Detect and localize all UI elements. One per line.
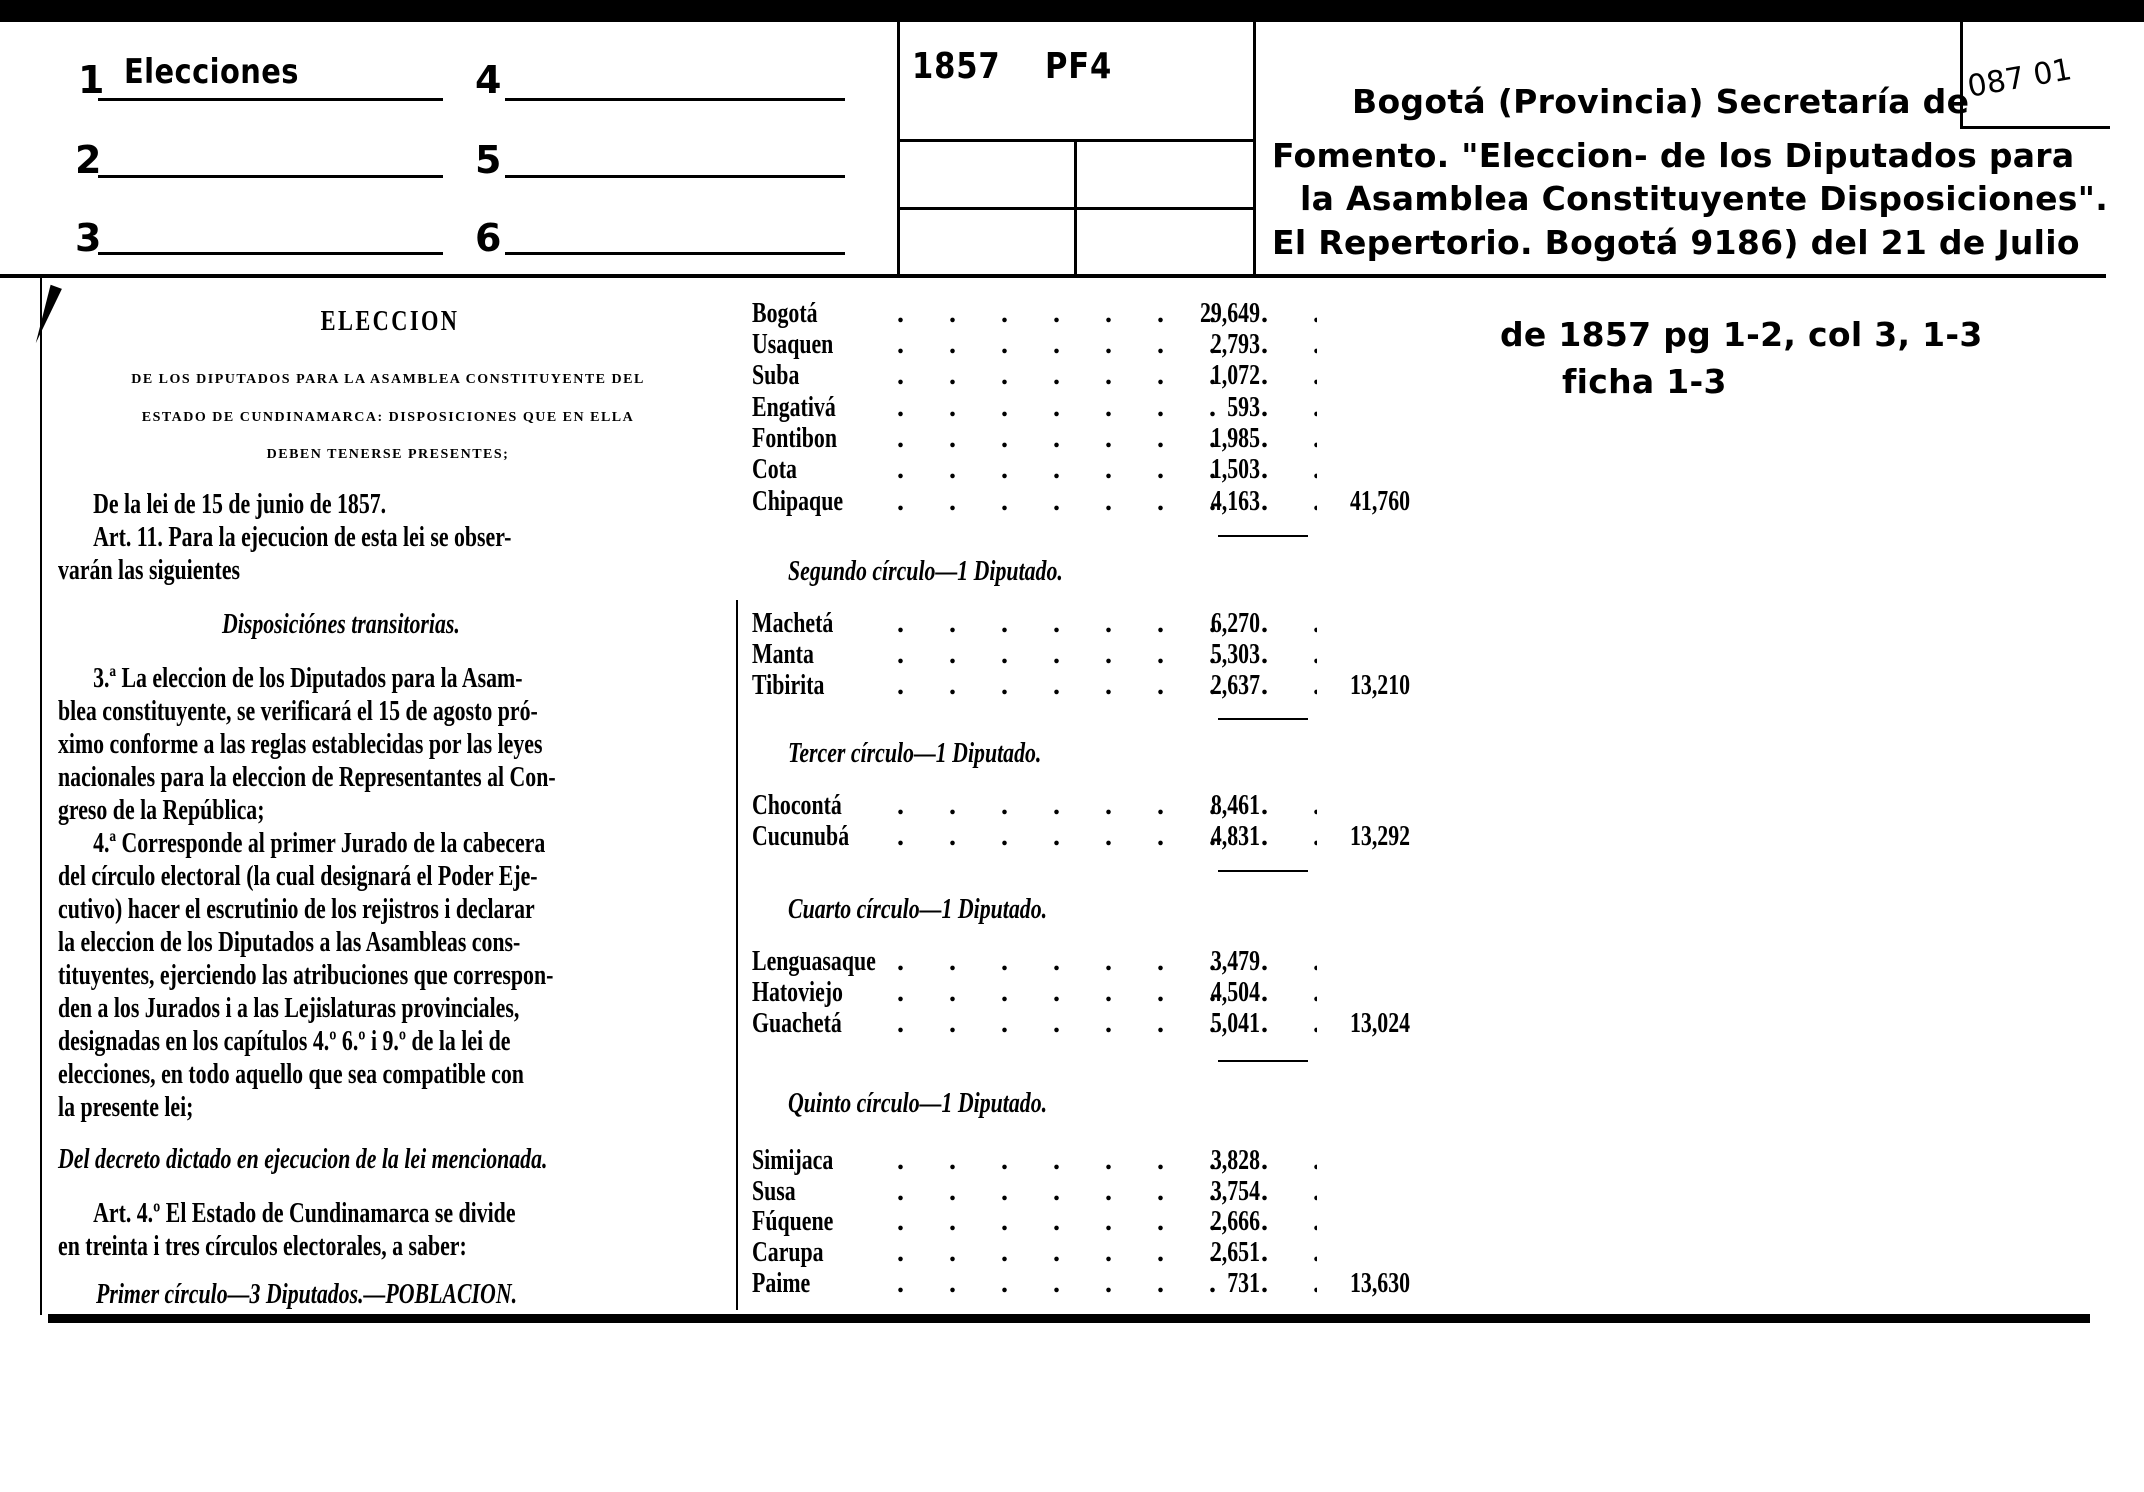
municipality-name: Machetá bbox=[752, 608, 833, 640]
article-4-line: en treinta i tres círculos electorales, … bbox=[58, 1230, 744, 1263]
reference-line-6: ficha 1-3 bbox=[1562, 362, 1727, 401]
handwritten-number: 087 01 bbox=[1965, 52, 2074, 105]
municipality-name: Lenguasaque bbox=[752, 946, 876, 978]
paragraph-4-line: 4.ª Corresponde al primer Jurado de la c… bbox=[58, 827, 744, 860]
circle-total: 13,292 bbox=[1350, 821, 1410, 853]
decree-heading: Del decreto dictado en ejecucion de la l… bbox=[58, 1143, 744, 1176]
paragraph-4-line: del círculo electoral (la cual designará… bbox=[58, 860, 744, 893]
municipality-name: Cucunubá bbox=[752, 821, 849, 853]
card-top-border bbox=[0, 0, 2144, 22]
clipping-title: ELECCION bbox=[110, 306, 670, 338]
field-6-line bbox=[505, 252, 845, 255]
subtotal-rule bbox=[1218, 718, 1308, 720]
population-value: 1,503 bbox=[1211, 454, 1260, 486]
paragraph-4-line: tituyentes, ejerciendo las atribuciones … bbox=[58, 959, 744, 992]
population-value: 593 bbox=[1227, 392, 1260, 424]
collection-code: PF4 bbox=[1045, 46, 1112, 87]
municipality-name: Cota bbox=[752, 454, 797, 486]
population-value: 3,479 bbox=[1211, 946, 1260, 978]
table-row: Cota . . . . . . . . . 1,503 bbox=[752, 454, 1452, 486]
municipality-name: Chocontá bbox=[752, 790, 842, 822]
paragraph-4-line: designadas en los capítulos 4.º 6.º i 9.… bbox=[58, 1025, 744, 1058]
population-value: 6,270 bbox=[1211, 608, 1260, 640]
table-row: Tibirita . . . . . . . . . 2,637 13,210 bbox=[752, 670, 1452, 702]
table-row: Simijaca . . . . . . . . . 3,828 bbox=[752, 1145, 1452, 1177]
table-row: Machetá . . . . . . . . . 6,270 bbox=[752, 608, 1452, 640]
population-value: 1,072 bbox=[1211, 360, 1260, 392]
paragraph-4-line: cutivo) hacer el escrutinio de los rejis… bbox=[58, 893, 744, 926]
circle-total: 41,760 bbox=[1350, 486, 1410, 518]
field-4-number: 4 bbox=[475, 58, 501, 102]
article-4-line: Art. 4.º El Estado de Cundinamarca se di… bbox=[58, 1197, 744, 1230]
population-value: 4,831 bbox=[1211, 821, 1260, 853]
first-circle-heading: Primer círculo—3 Diputados.—POBLACION. bbox=[96, 1278, 782, 1311]
table-row: Chocontá . . . . . . . . . 8,461 bbox=[752, 790, 1452, 822]
field-6-number: 6 bbox=[475, 216, 501, 260]
population-value: 1,985 bbox=[1211, 423, 1260, 455]
population-value: 2,666 bbox=[1211, 1206, 1260, 1238]
clipping-bottom-rule bbox=[48, 1314, 2090, 1323]
field-1-value[interactable]: Elecciones bbox=[124, 52, 299, 92]
clipping-subtitle-2: ESTADO DE CUNDINAMARCA: DISPOSICIONES QU… bbox=[38, 410, 738, 426]
population-value: 2,651 bbox=[1211, 1237, 1260, 1269]
municipality-name: Simijaca bbox=[752, 1145, 833, 1177]
field-3-line bbox=[98, 252, 443, 255]
table-row: Suba . . . . . . . . . 1,072 bbox=[752, 360, 1452, 392]
paragraph-3-line: 3.ª La eleccion de los Diputados para la… bbox=[58, 662, 744, 695]
reference-line-2: Fomento. "Eleccion- de los Diputados par… bbox=[1272, 136, 2074, 175]
municipality-name: Hatoviejo bbox=[752, 977, 843, 1009]
table-row: Cucunubá . . . . . . . . . 4,831 13,292 bbox=[752, 821, 1452, 853]
table-row: Carupa . . . . . . . . . 2,651 bbox=[752, 1237, 1452, 1269]
table-row: Hatoviejo . . . . . . . . . 4,504 bbox=[752, 977, 1452, 1009]
population-value: 5,041 bbox=[1211, 1008, 1260, 1040]
population-value: 3,828 bbox=[1211, 1145, 1260, 1177]
paragraph-3-line: greso de la República; bbox=[58, 794, 744, 827]
table-row: Fúquene . . . . . . . . . 2,666 bbox=[752, 1206, 1452, 1238]
municipality-name: Manta bbox=[752, 639, 814, 671]
field-5-number: 5 bbox=[475, 138, 501, 182]
municipality-name: Carupa bbox=[752, 1237, 824, 1269]
clipping-subtitle-1: DE LOS DIPUTADOS PARA LA ASAMBLEA CONSTI… bbox=[38, 372, 738, 388]
number-box-left-border bbox=[1960, 20, 1963, 128]
clipping-left-edge bbox=[40, 275, 42, 1315]
paragraph-4-line: elecciones, en todo aquello que sea comp… bbox=[58, 1058, 744, 1091]
municipality-name: Paime bbox=[752, 1268, 810, 1300]
reference-line-5: de 1857 pg 1-2, col 3, 1-3 bbox=[1500, 315, 1983, 354]
clipping-subtitle-3: DEBEN TENERSE PRESENTES; bbox=[38, 447, 738, 463]
circle-heading-text: Tercer círculo—1 Diputado. bbox=[788, 738, 1041, 769]
subtotal-rule bbox=[1218, 870, 1308, 872]
header-bottom-rule bbox=[0, 274, 2106, 278]
table-row: Usaquen . . . . . . . . . 2,793 bbox=[752, 329, 1452, 361]
code-box-divider bbox=[1074, 142, 1077, 275]
population-value: 2,793 bbox=[1211, 329, 1260, 361]
table-row: Bogotá . . . . . . . . . 29,649 bbox=[752, 298, 1452, 330]
subtotal-rule bbox=[1218, 1060, 1308, 1062]
intro-paragraph: De la lei de 15 de junio de 1857. Art. 1… bbox=[58, 488, 744, 587]
paragraph-3: 3.ª La eleccion de los Diputados para la… bbox=[58, 662, 744, 1124]
population-value: 4,163 bbox=[1211, 486, 1260, 518]
population-value: 4,504 bbox=[1211, 977, 1260, 1009]
population-value: 3,754 bbox=[1211, 1176, 1260, 1208]
population-value: 5,303 bbox=[1211, 639, 1260, 671]
number-box-bottom-border bbox=[1960, 126, 2110, 129]
table-row: Guachetá . . . . . . . . . 5,041 13,024 bbox=[752, 1008, 1452, 1040]
table-row: Engativá . . . . . . . . . 593 bbox=[752, 392, 1452, 424]
paragraph-3-line: blea constituyente, se verificará el 15 … bbox=[58, 695, 744, 728]
paragraph-4-line: la eleccion de los Diputados a las Asamb… bbox=[58, 926, 744, 959]
paragraph-4-line: la presente lei; bbox=[58, 1091, 744, 1124]
circle-heading-text: Quinto círculo—1 Diputado. bbox=[788, 1088, 1047, 1119]
reference-line-4: El Repertorio. Bogotá 9186) del 21 de Ju… bbox=[1272, 223, 2080, 262]
field-5-line bbox=[505, 175, 845, 178]
municipality-name: Guachetá bbox=[752, 1008, 842, 1040]
subtotal-rule bbox=[1218, 535, 1308, 537]
table-row: Manta . . . . . . . . . 5,303 bbox=[752, 639, 1452, 671]
field-4-line bbox=[505, 98, 845, 101]
municipality-name: Usaquen bbox=[752, 329, 833, 361]
population-value: 2,637 bbox=[1211, 670, 1260, 702]
municipality-name: Tibirita bbox=[752, 670, 824, 702]
intro-line: varán las siguientes bbox=[58, 554, 744, 587]
municipality-name: Suba bbox=[752, 360, 799, 392]
municipality-name: Engativá bbox=[752, 392, 836, 424]
field-1-number: 1 bbox=[78, 58, 104, 102]
municipality-name: Fontibon bbox=[752, 423, 837, 455]
circle-total: 13,210 bbox=[1350, 670, 1410, 702]
municipality-name: Bogotá bbox=[752, 298, 818, 330]
intro-line: Art. 11. Para la ejecucion de esta lei s… bbox=[58, 521, 744, 554]
population-value: 29,649 bbox=[1200, 298, 1260, 330]
table-row: Lenguasaque . . . . . . . . . 3,479 bbox=[752, 946, 1452, 978]
municipality-name: Fúquene bbox=[752, 1206, 833, 1238]
code-box-left-border bbox=[897, 20, 900, 276]
circle-heading-text: Cuarto círculo—1 Diputado. bbox=[788, 894, 1047, 925]
table-row: Fontibon . . . . . . . . . 1,985 bbox=[752, 423, 1452, 455]
intro-line: De la lei de 15 de junio de 1857. bbox=[58, 488, 744, 521]
table-row: Paime . . . . . . . . . 731 13,630 bbox=[752, 1268, 1452, 1300]
pencil-check-mark bbox=[30, 285, 62, 345]
paragraph-4-line: den a los Jurados i a las Lejislaturas p… bbox=[58, 992, 744, 1025]
circle-heading-3: Tercer círculo—1 Diputado. bbox=[788, 738, 1041, 770]
paragraph-3-line: ximo conforme a las reglas establecidas … bbox=[58, 728, 744, 761]
table-row: Chipaque . . . . . . . . . 4,163 41,760 bbox=[752, 486, 1452, 518]
article-4: Art. 4.º El Estado de Cundinamarca se di… bbox=[58, 1197, 744, 1263]
circle-total: 13,630 bbox=[1350, 1268, 1410, 1300]
municipality-name: Chipaque bbox=[752, 486, 843, 518]
field-1-line bbox=[98, 98, 443, 101]
population-value: 8,461 bbox=[1211, 790, 1260, 822]
year-code: 1857 bbox=[912, 46, 1001, 87]
circle-heading-text: Segundo círculo—1 Diputado. bbox=[788, 556, 1063, 587]
circle-heading-5: Quinto círculo—1 Diputado. bbox=[788, 1088, 1047, 1120]
circle-heading-2: Segundo círculo—1 Diputado. bbox=[788, 556, 1063, 588]
reference-line-3: la Asamblea Constituyente Disposiciones"… bbox=[1300, 179, 2108, 218]
reference-line-1: Bogotá (Provincia) Secretaría de bbox=[1352, 82, 1969, 121]
code-box-right-border bbox=[1253, 20, 1256, 276]
municipality-name: Susa bbox=[752, 1176, 796, 1208]
circle-total: 13,024 bbox=[1350, 1008, 1410, 1040]
circle-heading-4: Cuarto círculo—1 Diputado. bbox=[788, 894, 1047, 926]
paragraph-3-line: nacionales para la eleccion de Represent… bbox=[58, 761, 744, 794]
table-row: Susa . . . . . . . . . 3,754 bbox=[752, 1176, 1452, 1208]
field-2-line bbox=[98, 175, 443, 178]
population-value: 731 bbox=[1227, 1268, 1260, 1300]
